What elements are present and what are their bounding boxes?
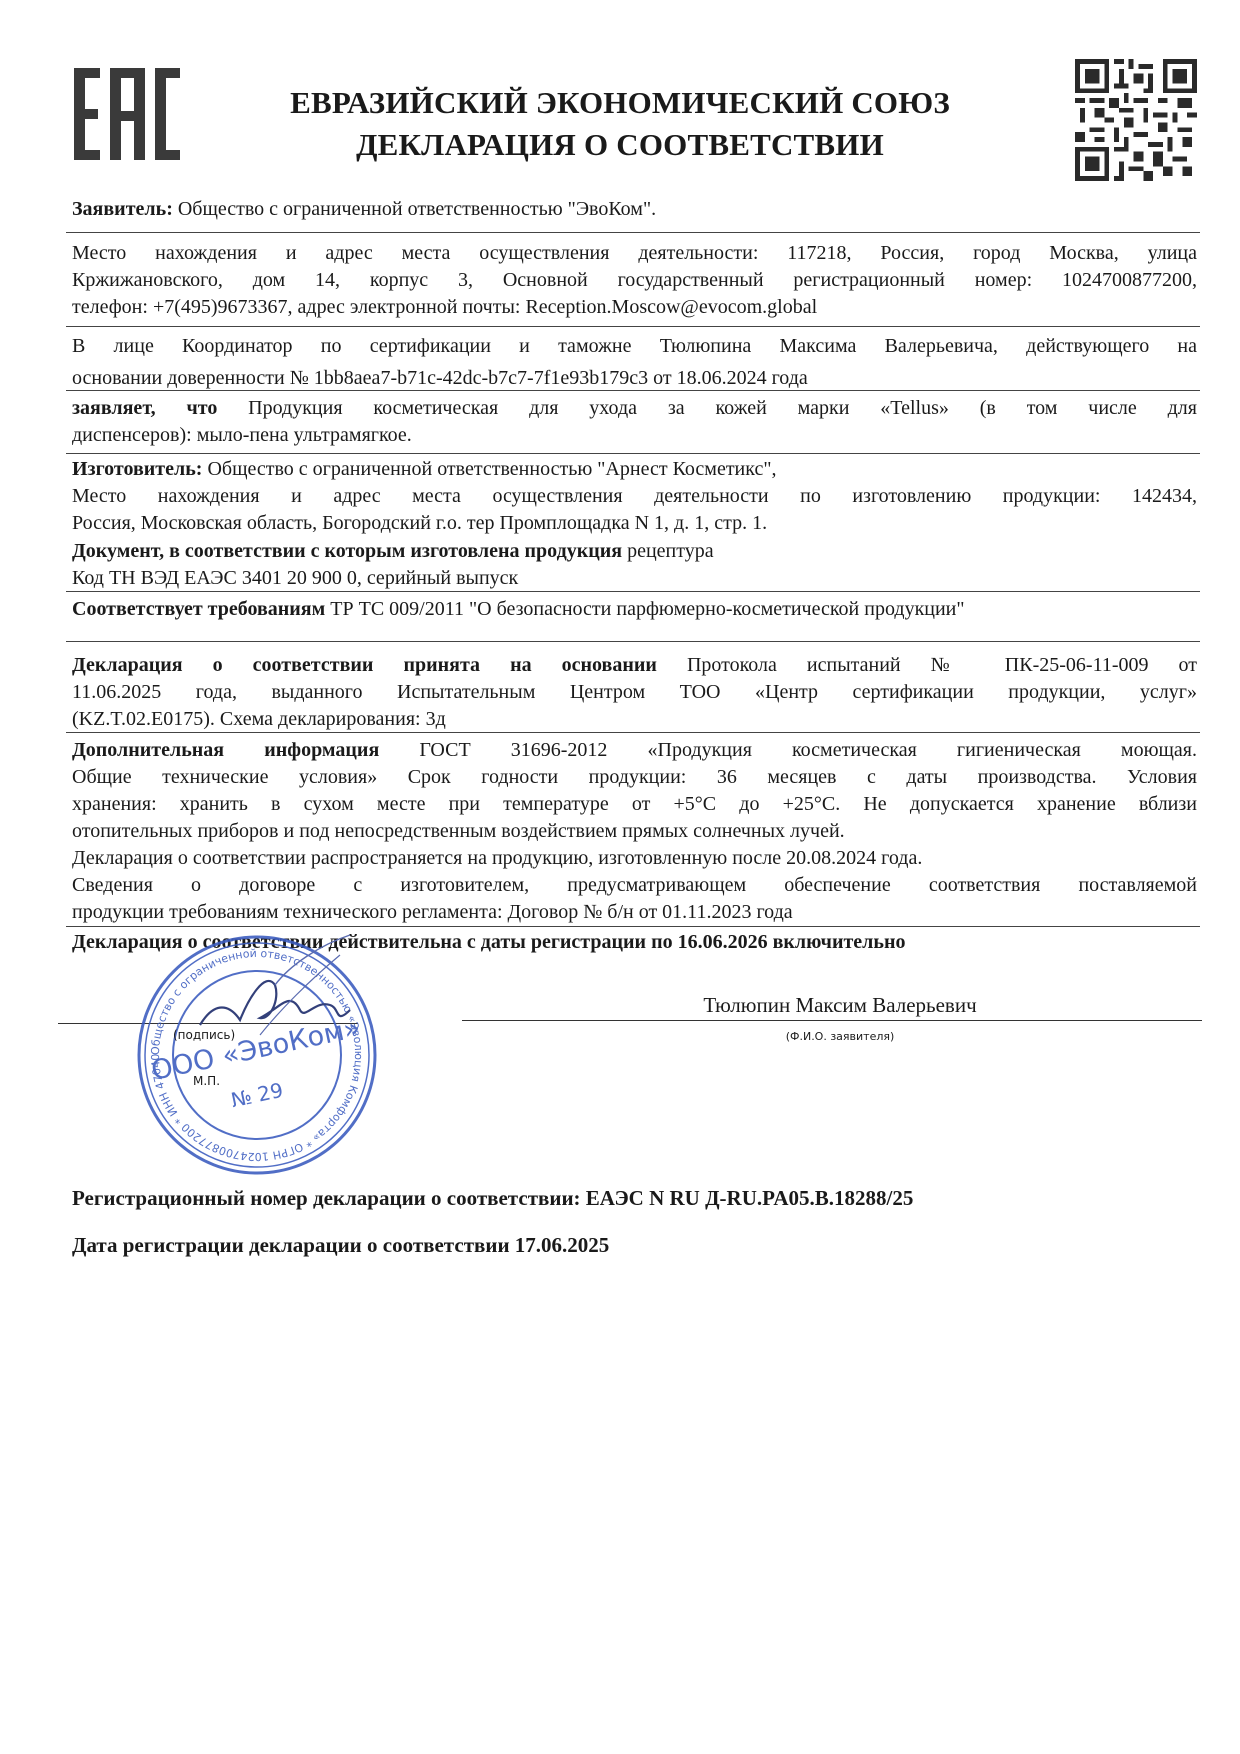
additional-line: хранения: хранить в сухом месте при темп…	[72, 791, 1197, 818]
name-caption: (Ф.И.О. заявителя)	[720, 1030, 960, 1043]
declares-product: Продукция косметическая для ухода за кож…	[217, 397, 1197, 419]
divider	[66, 591, 1200, 592]
representative-line: В лице Координатор по сертификации и там…	[72, 330, 1197, 362]
basis-line: (KZ.T.02.E0175). Схема декларирования: 3…	[72, 706, 1197, 733]
applicant-value: Общество с ограниченной ответственностью…	[173, 198, 656, 220]
basis-value: Протокола испытаний № ПК-25-06-11-009 от	[657, 654, 1197, 676]
title-union: ЕВРАЗИЙСКИЙ ЭКОНОМИЧЕСКИЙ СОЮЗ	[190, 82, 1050, 124]
conformity-value: ТР ТС 009/2011 "О безопасности парфюмерн…	[325, 598, 964, 620]
address-line: Кржижановского, дом 14, корпус 3, Основн…	[72, 267, 1197, 294]
additional-label: Дополнительная информация	[72, 739, 379, 761]
document-value: рецептура	[622, 540, 714, 562]
additional-line: отопительных приборов и под непосредстве…	[72, 818, 1197, 845]
hs-code-line: Код ТН ВЭД ЕАЭС 3401 20 900 0, серийный …	[72, 565, 1197, 592]
address-line: телефон: +7(495)9673367, адрес электронн…	[72, 294, 1197, 321]
representative: В лице Координатор по сертификации и там…	[72, 330, 1197, 394]
conformity-label: Соответствует требованиям	[72, 598, 325, 620]
divider	[66, 390, 1200, 391]
manufacturer-address-line: Россия, Московская область, Богородский …	[72, 510, 1197, 537]
basis-line: 11.06.2025 года, выданного Испытательным…	[72, 679, 1197, 706]
divider	[66, 326, 1200, 327]
applicant-label: Заявитель:	[72, 198, 173, 220]
qr-code-icon	[1075, 57, 1197, 183]
declares-product-cont: диспенсеров): мыло-пена ультрамягкое.	[72, 422, 1197, 449]
manufacturer-address-line: Место нахождения и адрес места осуществл…	[72, 483, 1197, 510]
registration-date: Дата регистрации декларации о соответств…	[72, 1233, 609, 1258]
registration-number: Регистрационный номер декларации о соотв…	[72, 1186, 913, 1211]
additional-info: Дополнительная информация ГОСТ 31696-201…	[72, 737, 1197, 926]
declares-label: заявляет, что	[72, 397, 217, 419]
seal-place-caption: М.П.	[193, 1074, 220, 1088]
additional-line: Общие технические условия» Срок годности…	[72, 764, 1197, 791]
additional-value: ГОСТ 31696-2012 «Продукция косметическая…	[379, 739, 1197, 761]
divider	[66, 926, 1200, 927]
eac-logo-icon	[72, 64, 182, 164]
divider	[66, 641, 1200, 642]
divider	[66, 453, 1200, 454]
declaration-basis: Декларация о соответствии принята на осн…	[72, 652, 1197, 733]
signatory-name: Тюлюпин Максим Валерьевич	[620, 993, 1060, 1018]
manufacturer-value: Общество с ограниченной ответственностью…	[202, 458, 776, 480]
declares-statement: заявляет, что Продукция косметическая дл…	[72, 395, 1197, 449]
manufacturer: Изготовитель: Общество с ограниченной от…	[72, 456, 1197, 537]
applicant-line: Заявитель: Общество с ограниченной ответ…	[72, 196, 1197, 223]
document-title: ЕВРАЗИЙСКИЙ ЭКОНОМИЧЕСКИЙ СОЮЗ ДЕКЛАРАЦИ…	[190, 82, 1050, 166]
additional-line: Сведения о договоре с изготовителем, пре…	[72, 872, 1197, 899]
additional-line: Декларация о соответствии распространяет…	[72, 845, 1197, 872]
additional-line: продукции требованиям технического регла…	[72, 899, 1197, 926]
divider	[66, 232, 1200, 233]
handwritten-signature-icon	[180, 930, 410, 1040]
manufacturer-label: Изготовитель:	[72, 458, 202, 480]
applicant-address: Место нахождения и адрес места осуществл…	[72, 240, 1197, 321]
divider	[66, 732, 1200, 733]
stamp-number: № 29	[229, 1078, 285, 1112]
production-document: Документ, в соответствии с которым изгот…	[72, 538, 1197, 592]
declaration-page: ЕВРАЗИЙСКИЙ ЭКОНОМИЧЕСКИЙ СОЮЗ ДЕКЛАРАЦИ…	[0, 0, 1240, 1754]
title-declaration: ДЕКЛАРАЦИЯ О СООТВЕТСТВИИ	[190, 124, 1050, 166]
conformity-requirements: Соответствует требованиям ТР ТС 009/2011…	[72, 596, 1197, 623]
document-label: Документ, в соответствии с которым изгот…	[72, 540, 622, 562]
name-line	[462, 1020, 1202, 1021]
signature-caption: (подпись)	[173, 1028, 235, 1042]
address-line: Место нахождения и адрес места осуществл…	[72, 240, 1197, 267]
basis-label: Декларация о соответствии принята на осн…	[72, 654, 657, 676]
